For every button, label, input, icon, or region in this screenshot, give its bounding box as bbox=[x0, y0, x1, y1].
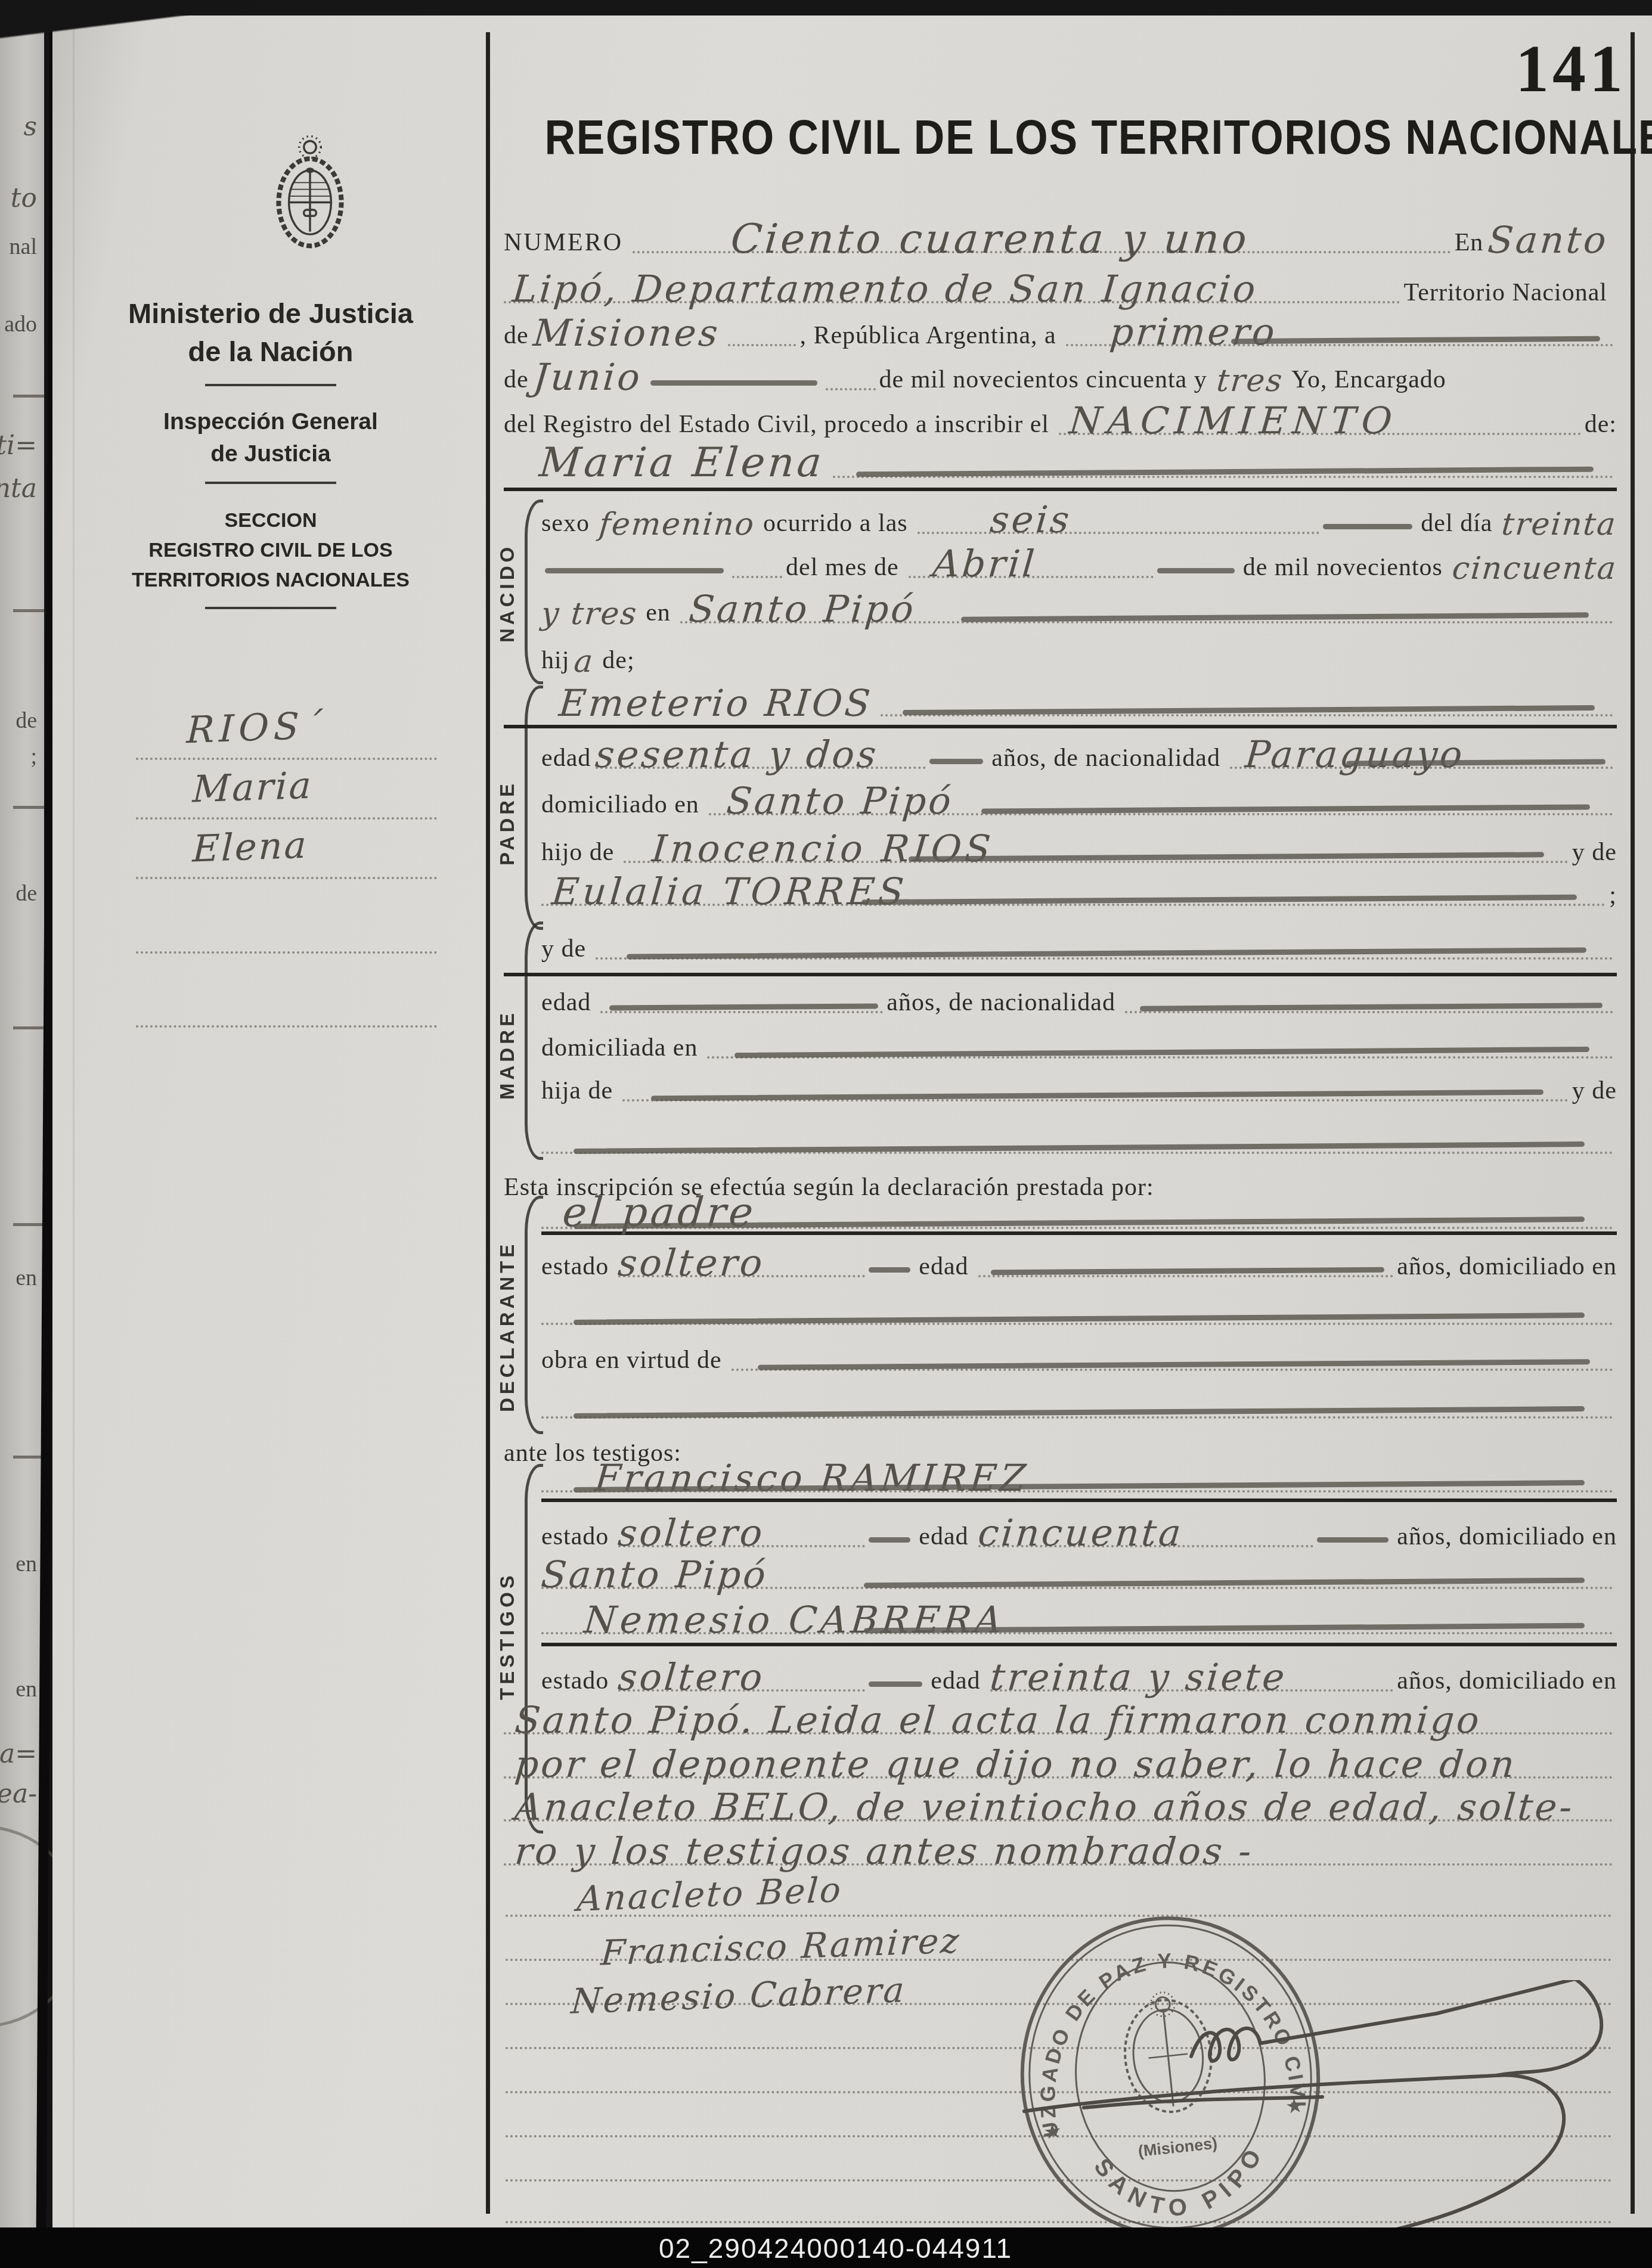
row-madre-hija-de: hija de y de bbox=[541, 1067, 1617, 1106]
edge-fragment: to bbox=[11, 183, 37, 213]
field-line: soltero bbox=[618, 1243, 869, 1282]
obra-label: obra en virtud de bbox=[541, 1346, 722, 1375]
abuelo-paterno: Inocencio RIOS bbox=[650, 827, 996, 870]
edge-fragment: na= bbox=[0, 1739, 37, 1769]
row-testigo1-domicilio: Santo Pipó bbox=[541, 1555, 1617, 1594]
testigo1-edad: cincuenta bbox=[976, 1511, 1185, 1555]
row-declarante-blank2 bbox=[541, 1384, 1617, 1423]
pen-stroke bbox=[1317, 1537, 1388, 1543]
edge-fragment: en bbox=[16, 1676, 37, 1702]
margin-note-line bbox=[136, 951, 437, 954]
pen-stroke bbox=[869, 1681, 922, 1687]
edge-line bbox=[13, 1223, 44, 1226]
pen-stroke bbox=[545, 568, 724, 573]
field-line: NACIMIENTO bbox=[1059, 398, 1585, 440]
margin-note-name2: Elena bbox=[192, 823, 309, 871]
seccion-line3: TERRITORIOS NACIONALES bbox=[88, 565, 453, 595]
field-line: Nemesio CABRERA bbox=[541, 1596, 1617, 1639]
field-line bbox=[707, 1024, 1617, 1063]
section-label-declarante: DECLARANTE bbox=[495, 1237, 520, 1416]
edad-label: edad bbox=[931, 1667, 980, 1695]
de-label: de bbox=[504, 321, 529, 350]
row-mes: del mes de Abril de mil novecientos cinc… bbox=[541, 544, 1617, 583]
row-testigo1-nombre: Francisco RAMIREZ bbox=[541, 1454, 1617, 1497]
field-line bbox=[541, 1290, 1617, 1330]
row-fecha: de Junio de mil novecientos cincuenta y … bbox=[504, 353, 1617, 395]
cierre-line3: Anacleto BELO, de veintiocho años de eda… bbox=[513, 1785, 1576, 1829]
anio-value: cincuenta bbox=[1450, 551, 1618, 587]
field-line: por el deponente que dijo no saber, lo h… bbox=[504, 1744, 1617, 1783]
nacionalidad-label: años, de nacionalidad bbox=[887, 988, 1115, 1017]
pen-stroke bbox=[929, 759, 983, 764]
field-line bbox=[732, 544, 786, 583]
row-inscribe: del Registro del Estado Civil, procedo a… bbox=[504, 398, 1617, 440]
ministry-line1: Ministerio de Justicia bbox=[88, 294, 453, 333]
inspeccion-line2: de Justicia bbox=[88, 438, 453, 470]
pen-stroke bbox=[1157, 568, 1235, 573]
row-lugar: y tres en Santo Pipó bbox=[541, 589, 1617, 628]
row-declarante-obra: obra en virtud de bbox=[541, 1336, 1617, 1376]
margin-note-name1: Maria bbox=[192, 763, 314, 811]
territorio-label: Territorio Nacional bbox=[1404, 278, 1607, 307]
signature-francisco-ramirez: Francisco Ramirez bbox=[600, 1920, 962, 1973]
anio-label: de mil novecientos cincuenta y bbox=[879, 365, 1207, 394]
field-line bbox=[833, 436, 1617, 483]
previous-page-edge: s to nal ado ti= nta de ; de en en en na… bbox=[0, 13, 44, 2228]
section-rule bbox=[504, 725, 1617, 728]
estado-label: estado bbox=[541, 1522, 609, 1551]
row-sexo: sexo femenino ocurrido a las seis del dí… bbox=[541, 499, 1617, 539]
scan-bottom-band: 02_290424000140-044911 bbox=[0, 2227, 1652, 2268]
row-madre-nombre: y de bbox=[541, 925, 1617, 964]
edge-line bbox=[13, 395, 44, 398]
archive-code: 02_290424000140-044911 bbox=[659, 2232, 1012, 2264]
edge-line bbox=[13, 1026, 44, 1029]
row-declarante-blank1 bbox=[541, 1290, 1617, 1330]
field-line bbox=[600, 979, 887, 1018]
dia-label: del día bbox=[1421, 509, 1492, 538]
row-hija-de: hij a de; bbox=[541, 637, 1617, 676]
lugar-handwriting-1: Santo bbox=[1486, 218, 1610, 262]
republica-label: , República Argentina, a bbox=[799, 321, 1056, 350]
divider bbox=[205, 384, 336, 386]
row-padre-edad: edad sesenta y dos años, de nacionalidad… bbox=[541, 734, 1617, 774]
numero-value: Ciento cuarenta y uno bbox=[729, 216, 1252, 263]
anio-value: tres bbox=[1215, 363, 1284, 399]
territorio-value: Misiones bbox=[531, 311, 721, 355]
signature-nemesio-cabrera: Nemesio Cabrera bbox=[570, 1969, 907, 2022]
estado-label: estado bbox=[541, 1252, 609, 1281]
row-padre-nombre: Emeterio RIOS bbox=[541, 678, 1617, 721]
section-brace bbox=[525, 685, 543, 930]
field-line: Santo Pipó bbox=[709, 781, 1617, 820]
field-line: Santo Pipó. Leida el acta la firmaron co… bbox=[504, 1700, 1617, 1739]
punto-y-coma: ; bbox=[1609, 881, 1617, 910]
dia-value: primero bbox=[1108, 310, 1278, 353]
field-line bbox=[881, 678, 1617, 721]
edad-label: edad bbox=[919, 1252, 968, 1281]
right-column-rule bbox=[1631, 32, 1635, 2214]
pen-stroke bbox=[1323, 524, 1412, 529]
page-crease bbox=[73, 15, 75, 2228]
margin-note-surname: RIOS´ bbox=[186, 703, 328, 752]
domicilio-label: domiciliado en bbox=[541, 790, 699, 819]
section-label-padre: PADRE bbox=[495, 769, 520, 876]
anio-label: de mil novecientos bbox=[1243, 553, 1443, 582]
padre-nombre: Emeterio RIOS bbox=[557, 681, 875, 725]
field-line: Anacleto BELO, de veintiocho años de eda… bbox=[504, 1787, 1617, 1826]
yo-label: Yo, Encargado bbox=[1291, 365, 1446, 394]
section-brace bbox=[525, 499, 543, 684]
edge-fragment: de bbox=[16, 708, 37, 734]
divider bbox=[205, 607, 336, 609]
nacionalidad-label: años, de nacionalidad bbox=[991, 744, 1220, 772]
anio-value2: y tres bbox=[540, 596, 639, 632]
cierre-line4: ro y los testigos antes nombrados - bbox=[513, 1829, 1255, 1873]
declarante-nombre: el padre bbox=[561, 1189, 758, 1236]
field-line: Francisco RAMIREZ bbox=[541, 1454, 1617, 1497]
edad-label: edad bbox=[541, 744, 591, 772]
page-title: REGISTRO CIVIL DE LOS TERRITORIOS NACION… bbox=[544, 110, 1545, 166]
numero-label: NUMERO bbox=[504, 228, 623, 257]
field-line: Santo Pipó bbox=[680, 589, 1617, 628]
y-de-label: y de bbox=[1572, 838, 1617, 867]
divider bbox=[205, 482, 336, 484]
lugar-handwriting-2: Lipó, Departamento de San Ignacio bbox=[511, 267, 1260, 311]
ministry-line2: de la Nación bbox=[88, 333, 453, 371]
row-numero: NUMERO Ciento cuarenta y uno En Santo bbox=[504, 212, 1617, 258]
row-declarante-estado: estado soltero edad años, domiciliado en bbox=[541, 1243, 1617, 1282]
domicilio-label: años, domiciliado en bbox=[1397, 1667, 1617, 1695]
en-label: En bbox=[1455, 228, 1484, 257]
section-rule bbox=[541, 1643, 1617, 1646]
row-testigo1-estado: estado soltero edad cincuenta años, domi… bbox=[541, 1513, 1617, 1552]
section-brace bbox=[525, 922, 543, 1160]
field-line: el padre bbox=[541, 1191, 1617, 1234]
argentina-coat-of-arms-icon bbox=[262, 124, 358, 267]
row-cierre-1: Santo Pipó. Leida el acta la firmaron co… bbox=[504, 1700, 1617, 1739]
edad-label: edad bbox=[541, 988, 591, 1017]
field-line: Paraguayo bbox=[1230, 734, 1617, 774]
edge-line bbox=[13, 806, 44, 809]
row-testigo2-estado: estado soltero edad treinta y siete años… bbox=[541, 1657, 1617, 1696]
edge-fragment: ; bbox=[30, 743, 37, 770]
row-cierre-2: por el deponente que dijo no saber, lo h… bbox=[504, 1744, 1617, 1783]
y-de-label: y de bbox=[541, 935, 586, 963]
edge-fragment: nta bbox=[0, 473, 37, 504]
hija-de-label: hija de bbox=[541, 1076, 613, 1105]
edad-label: edad bbox=[919, 1522, 968, 1551]
seccion-line1: SECCION bbox=[88, 505, 453, 535]
edad-value: sesenta y dos bbox=[594, 733, 880, 776]
field-line: Santo Pipó bbox=[541, 1555, 1617, 1594]
testigo2-edad: treinta y siete bbox=[988, 1655, 1288, 1699]
edge-fragment: en bbox=[16, 1265, 37, 1291]
official-signature-flourish bbox=[1012, 1980, 1632, 2242]
field-line bbox=[826, 353, 879, 395]
testigo2-nombre: Nemesio CABRERA bbox=[582, 1598, 1008, 1642]
field-line: Ciento cuarenta y uno bbox=[633, 212, 1455, 258]
edge-fragment: ti= bbox=[0, 430, 37, 461]
page-number: 141 bbox=[1507, 31, 1626, 108]
field-line bbox=[978, 1243, 1397, 1282]
section-label-nacido: NACIDO bbox=[495, 525, 520, 662]
estado-value: soltero bbox=[616, 1241, 767, 1285]
de-label2: de bbox=[504, 365, 529, 394]
inspeccion-line1: Inspección General bbox=[88, 406, 453, 438]
domicilio-label: domiciliada en bbox=[541, 1034, 698, 1062]
row-cierre-3: Anacleto BELO, de veintiocho años de eda… bbox=[504, 1787, 1617, 1826]
en-label: en bbox=[646, 598, 671, 627]
seccion-line2: REGISTRO CIVIL DE LOS bbox=[88, 535, 453, 565]
field-line: Inocencio RIOS bbox=[624, 829, 1572, 868]
hijo-hw: a bbox=[573, 644, 596, 680]
field-line: primero bbox=[1066, 308, 1617, 351]
domicilio-value: Santo Pipó bbox=[725, 779, 955, 823]
signature-anacleto-belo: Anacleto Belo bbox=[576, 1869, 844, 1919]
inscribe-label: del Registro del Estado Civil, procedo a… bbox=[504, 410, 1049, 439]
section-brace bbox=[525, 1196, 543, 1434]
row-cierre-4: ro y los testigos antes nombrados - bbox=[504, 1831, 1617, 1870]
field-line bbox=[622, 1067, 1572, 1106]
de-label3: de: bbox=[1585, 410, 1617, 439]
left-column-rule bbox=[486, 32, 490, 2214]
edge-fragment: s bbox=[23, 111, 37, 142]
margin-note-line bbox=[136, 758, 437, 760]
field-line bbox=[728, 308, 799, 351]
field-line: soltero bbox=[618, 1657, 869, 1696]
testigo2-estado: soltero bbox=[616, 1655, 767, 1699]
birth-certificate-scan: s to nal ado ti= nta de ; de en en en na… bbox=[0, 0, 1652, 2268]
cierre-line2: por el deponente que dijo no saber, lo h… bbox=[513, 1742, 1518, 1786]
row-madre-domicilio: domiciliada en bbox=[541, 1024, 1617, 1063]
margin-note-line bbox=[136, 877, 437, 879]
row-padre-hijo-de: hijo de Inocencio RIOS y de bbox=[541, 829, 1617, 868]
estado-label: estado bbox=[541, 1667, 609, 1695]
scan-top-corner bbox=[0, 0, 256, 72]
pen-stroke bbox=[869, 1267, 910, 1273]
field-line bbox=[596, 925, 1617, 964]
testigo1-domicilio: Santo Pipó bbox=[540, 1553, 770, 1596]
edge-fragment: nal bbox=[10, 234, 37, 260]
field-line: Lipó, Departamento de San Ignacio bbox=[504, 265, 1404, 308]
pen-stroke bbox=[869, 1537, 910, 1543]
field-line: sesenta y dos bbox=[596, 734, 929, 774]
testigo1-nombre: Francisco RAMIREZ bbox=[593, 1456, 1031, 1500]
field-line: treinta y siete bbox=[990, 1657, 1397, 1696]
edge-line bbox=[13, 1456, 44, 1459]
section-label-madre: MADRE bbox=[495, 1001, 520, 1109]
field-line: Eulalia TORRES bbox=[541, 871, 1609, 911]
row-declarante-nombre: el padre bbox=[541, 1191, 1617, 1234]
row-madre-blank bbox=[541, 1119, 1617, 1159]
domicilio-label: años, domiciliado en bbox=[1397, 1522, 1617, 1551]
testigo1-estado: soltero bbox=[616, 1511, 767, 1555]
field-line: soltero bbox=[618, 1513, 869, 1552]
row-testigo2-nombre: Nemesio CABRERA bbox=[541, 1596, 1617, 1639]
mes-value: Junio bbox=[531, 355, 643, 399]
edge-line bbox=[13, 609, 44, 612]
field-line: seis bbox=[918, 499, 1324, 539]
hora-label: ocurrido a las bbox=[763, 509, 908, 538]
margin-note-line bbox=[136, 1025, 437, 1028]
field-line: Abril bbox=[909, 544, 1157, 583]
row-departamento: Lipó, Departamento de San Ignacio Territ… bbox=[504, 265, 1617, 308]
lugar-value: Santo Pipó bbox=[687, 587, 918, 631]
row-madre-edad: edad años, de nacionalidad bbox=[541, 979, 1617, 1018]
row-padre-domicilio: domiciliado en Santo Pipó bbox=[541, 781, 1617, 820]
cierre-line1: Santo Pipó. Leida el acta la firmaron co… bbox=[513, 1698, 1483, 1742]
y-de-label2: y de bbox=[1572, 1076, 1617, 1105]
edge-fragment: lea- bbox=[0, 1779, 37, 1809]
field-line: cincuenta bbox=[978, 1513, 1318, 1552]
field-line bbox=[732, 1336, 1617, 1376]
certificate-page: Ministerio de Justicia de la Nación Insp… bbox=[52, 15, 1652, 2228]
sexo-label: sexo bbox=[541, 509, 590, 538]
inscripto-nombre: Maria Elena bbox=[538, 439, 826, 486]
hora-value: seis bbox=[988, 498, 1074, 541]
section-rule bbox=[504, 973, 1617, 976]
section-rule bbox=[504, 488, 1617, 491]
field-line bbox=[1125, 979, 1617, 1018]
field-line bbox=[541, 1384, 1617, 1423]
abuela-paterna: Eulalia TORRES bbox=[550, 870, 909, 913]
section-label-testigos: TESTIGOS bbox=[495, 1577, 520, 1696]
mes-value: Abril bbox=[931, 542, 1039, 585]
mes-label: del mes de bbox=[786, 553, 899, 582]
row-padre-y-de: Eulalia TORRES ; bbox=[541, 871, 1617, 911]
row-territorio: de Misiones , República Argentina, a pri… bbox=[504, 308, 1617, 351]
edge-fragment: de bbox=[16, 880, 37, 907]
edge-fragment: ado bbox=[4, 311, 37, 337]
domicilio-label: años, domiciliado en bbox=[1397, 1252, 1617, 1281]
field-line: ro y los testigos antes nombrados - bbox=[504, 1831, 1617, 1870]
field-line bbox=[541, 1119, 1617, 1159]
hijo-de-label: hijo de bbox=[541, 838, 614, 867]
de-label: de; bbox=[602, 646, 634, 675]
sexo-value: femenino bbox=[597, 507, 756, 542]
dia-value: treinta bbox=[1501, 507, 1619, 542]
nacionalidad-value: Paraguayo bbox=[1244, 733, 1467, 776]
margin-note-line bbox=[136, 817, 437, 820]
hijo-label: hij bbox=[541, 646, 569, 675]
pen-stroke bbox=[650, 380, 817, 386]
edge-fragment: en bbox=[16, 1551, 37, 1577]
row-nombre-inscripto: Maria Elena bbox=[504, 436, 1617, 483]
